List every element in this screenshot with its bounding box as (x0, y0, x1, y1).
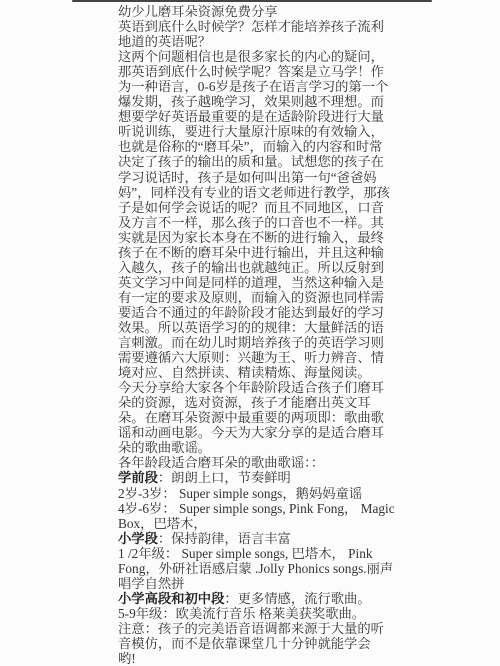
text-line: 决定了孩子的输出的质和量。试想您的孩子在 (118, 154, 394, 169)
text-line: 小学段：保持韵律，语言丰富 (118, 531, 394, 546)
text-line: 朵的资源，选对资源，孩子才能磨出英文耳 (118, 395, 394, 410)
text-line: 今天分享给大家各个年龄阶段适合孩子们磨耳 (118, 380, 394, 395)
text-line: 实就是因为家长本身在不断的进行输入，最终 (118, 230, 394, 245)
section-header: 小学高段和初中段 (118, 591, 224, 606)
text-line: 音模仿，而不是依靠课堂几十分钟就能学会 (118, 636, 394, 651)
text-line: 妈”，同样没有专业的语文老师进行教学，那孩 (118, 185, 394, 200)
text-line: 要适合不通过的年龄阶段才能达到最好的学习 (118, 305, 394, 320)
text-line: 2岁-3岁： Super simple songs，鹅妈妈童谣 (118, 486, 394, 501)
text-line: 哟! (118, 651, 394, 666)
text-line: 需要遵循六大原则：兴趣为王、听力辨音、情 (118, 350, 394, 365)
text-line: Fong，外研社语感启蒙 .Jolly Phonics songs.丽声 (118, 561, 394, 576)
text-line: 幼少儿磨耳朵资源免费分享 (118, 4, 394, 19)
text-line: 地道的英语呢？ (118, 34, 394, 49)
text-line: 朵的歌曲歌谣。 (118, 440, 394, 455)
text-line: 学前段：朗朗上口，节奏鲜明 (118, 470, 394, 485)
text-line: 入越久，孩子的输出也就越纯正。所以反射到 (118, 260, 394, 275)
text-line: 境对应、自然拼读、精读精炼、海量阅读。 (118, 365, 394, 380)
text-line: 那英语到底什么时候学呢？答案是立马学！作 (118, 64, 394, 79)
section-header: 学前段 (118, 470, 158, 485)
text-line: 这两个问题相信也是很多家长的内心的疑问， (118, 49, 394, 64)
section-header: 小学段 (118, 531, 158, 546)
text-line: 英文学习中间是同样的道理，当然这种输入是 (118, 275, 394, 290)
text-line: 爆发期，孩子越晚学习，效果则越不理想。而 (118, 94, 394, 109)
text-line: 注意：孩子的完美语音语调都来源于大量的听 (118, 621, 394, 636)
text-line: 为一种语言，0-6岁是孩子在语言学习的第一个 (118, 79, 394, 94)
article-text: 幼少儿磨耳朵资源免费分享英语到底什么时候学？怎样才能培养孩子流利地道的英语呢？这… (118, 4, 394, 666)
text-line: 言刺激。而在幼儿时期培养孩子的英语学习则 (118, 335, 394, 350)
text-line: 英语到底什么时候学？怎样才能培养孩子流利 (118, 19, 394, 34)
text-line: 有一定的要求及原则，而输入的资源也同样需 (118, 290, 394, 305)
text-post-page: 幼少儿磨耳朵资源免费分享英语到底什么时候学？怎样才能培养孩子流利地道的英语呢？这… (0, 0, 500, 666)
text-line: 听说训练，要进行大量原汁原味的有效输入， (118, 124, 394, 139)
text-line: 各年龄段适合磨耳朵的歌曲歌谣：： (118, 455, 394, 470)
text-line: 朵。在磨耳朵资源中最重要的两项即：歌曲歌 (118, 410, 394, 425)
text-line: 5-9年级：欧美流行音乐 格莱美获奖歌曲。 (118, 606, 394, 621)
text-line: 及方言不一样，那么孩子的口音也不一样。其 (118, 215, 394, 230)
text-line: 学习说话时，孩子是如何叫出第一句“爸爸妈 (118, 170, 394, 185)
text-line: 小学高段和初中段：更多情感，流行歌曲。 (118, 591, 394, 606)
text-line: 也就是俗称的“磨耳朵”，而输入的内容和时常 (118, 139, 394, 154)
text-line: 效果。所以英语学习的的规律：大量鲜活的语 (118, 320, 394, 335)
text-line: Box，巴塔木， (118, 516, 394, 531)
text-line: 1 /2年级： Super simple songs, 巴塔木， Pink (118, 546, 394, 561)
text-line: 子是如何学会说话的呢？而且不同地区，口音 (118, 200, 394, 215)
text-line: 唱学自然拼 (118, 576, 394, 591)
text-line: 想要学好英语最重要的是在适龄阶段进行大量 (118, 109, 394, 124)
top-edge-line (72, 0, 432, 2)
text-line: 4岁-6岁： Super simple songs, Pink Fong， Ma… (118, 501, 394, 516)
text-line: 孩子在不断的磨耳朵中进行输出，并且这种输 (118, 245, 394, 260)
text-line: 谣和动画电影。今天为大家分享的是适合磨耳 (118, 425, 394, 440)
